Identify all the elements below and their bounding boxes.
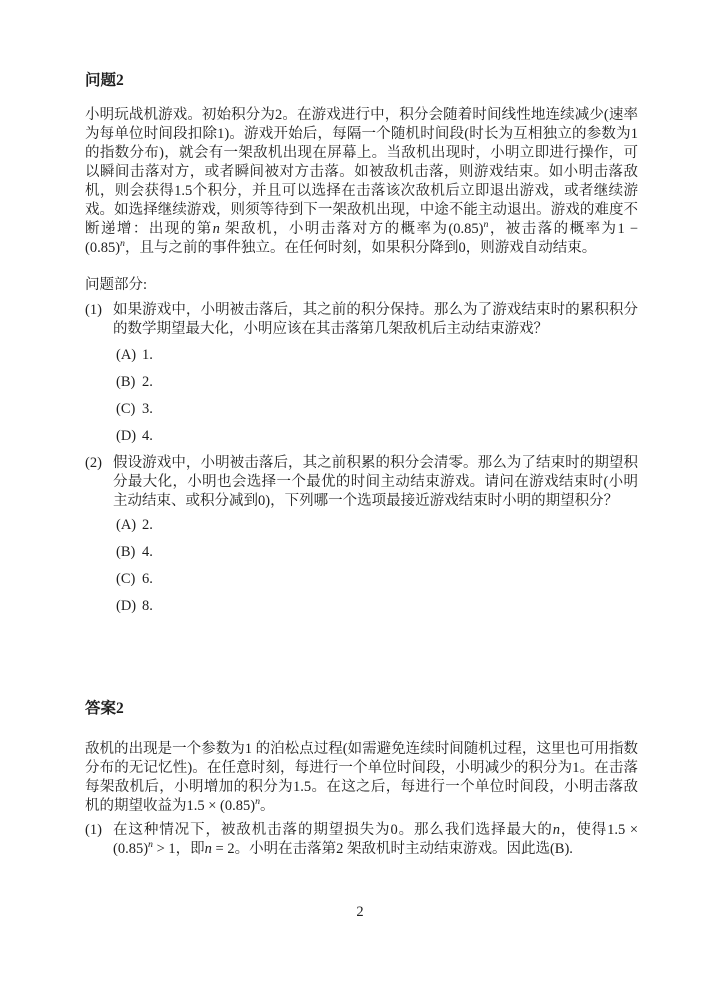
- option-row: (B)2.: [116, 373, 638, 392]
- answer-heading: 答案2: [85, 700, 638, 718]
- option-label: (C): [116, 570, 142, 589]
- answer-item-1-number: (1): [85, 821, 109, 840]
- option-text: 2.: [142, 517, 153, 533]
- question-1-number: (1): [85, 301, 109, 320]
- document-page: 问题2 小明玩战机游戏。初始积分为2。在游戏进行中，积分会随着时间线性地连续减少…: [0, 0, 720, 997]
- option-row: (C)3.: [116, 400, 638, 419]
- option-text: 3.: [142, 401, 153, 417]
- option-row: (D)4.: [116, 427, 638, 446]
- option-label: (A): [116, 516, 142, 535]
- question-1-options: (A)1. (B)2. (C)3. (D)4.: [113, 346, 638, 446]
- question-1-text: 如果游戏中，小明被击落后，其之前的积分保持。那么为了游戏结束时的累积积分的数学期…: [113, 301, 638, 339]
- option-text: 2.: [142, 374, 153, 390]
- question-item-1: (1) 如果游戏中，小明被击落后，其之前的积分保持。那么为了游戏结束时的累积积分…: [85, 301, 638, 446]
- text-block: 问题2 小明玩战机游戏。初始积分为2。在游戏进行中，积分会随着时间线性地连续减少…: [85, 0, 638, 859]
- option-text: 1.: [142, 347, 153, 363]
- option-text: 4.: [142, 544, 153, 560]
- question-item-2: (2) 假设游戏中，小明被击落后，其之前积累的积分会清零。那么为了结束时的期望积…: [85, 454, 638, 616]
- option-label: (C): [116, 400, 142, 419]
- problem-heading: 问题2: [85, 72, 638, 90]
- page-number: 2: [0, 903, 720, 922]
- option-label: (D): [116, 597, 142, 616]
- answer-intro-paragraph: 敌机的出现是一个参数为1 的泊松点过程(如需避免连续时间随机过程，这里也可用指数…: [85, 740, 638, 816]
- question-section-label: 问题部分:: [85, 276, 638, 295]
- option-row: (A)1.: [116, 346, 638, 365]
- answer-item-1: (1) 在这种情况下，被敌机击落的期望损失为0。那么我们选择最大的n，使得1.5…: [85, 821, 638, 859]
- option-row: (C)6.: [116, 570, 638, 589]
- option-text: 4.: [142, 428, 153, 444]
- option-row: (B)4.: [116, 543, 638, 562]
- answer-item-1-text: 在这种情况下，被敌机击落的期望损失为0。那么我们选择最大的n，使得1.5 × (…: [113, 821, 638, 859]
- option-label: (D): [116, 427, 142, 446]
- option-label: (A): [116, 346, 142, 365]
- option-text: 8.: [142, 598, 153, 614]
- option-text: 6.: [142, 571, 153, 587]
- option-label: (B): [116, 543, 142, 562]
- option-label: (B): [116, 373, 142, 392]
- problem-intro-paragraph: 小明玩战机游戏。初始积分为2。在游戏进行中，积分会随着时间线性地连续减少(速率为…: [85, 106, 638, 258]
- question-2-options: (A)2. (B)4. (C)6. (D)8.: [113, 516, 638, 616]
- option-row: (D)8.: [116, 597, 638, 616]
- question-2-number: (2): [85, 454, 109, 473]
- question-2-text: 假设游戏中，小明被击落后，其之前积累的积分会清零。那么为了结束时的期望积分最大化…: [113, 454, 638, 511]
- option-row: (A)2.: [116, 516, 638, 535]
